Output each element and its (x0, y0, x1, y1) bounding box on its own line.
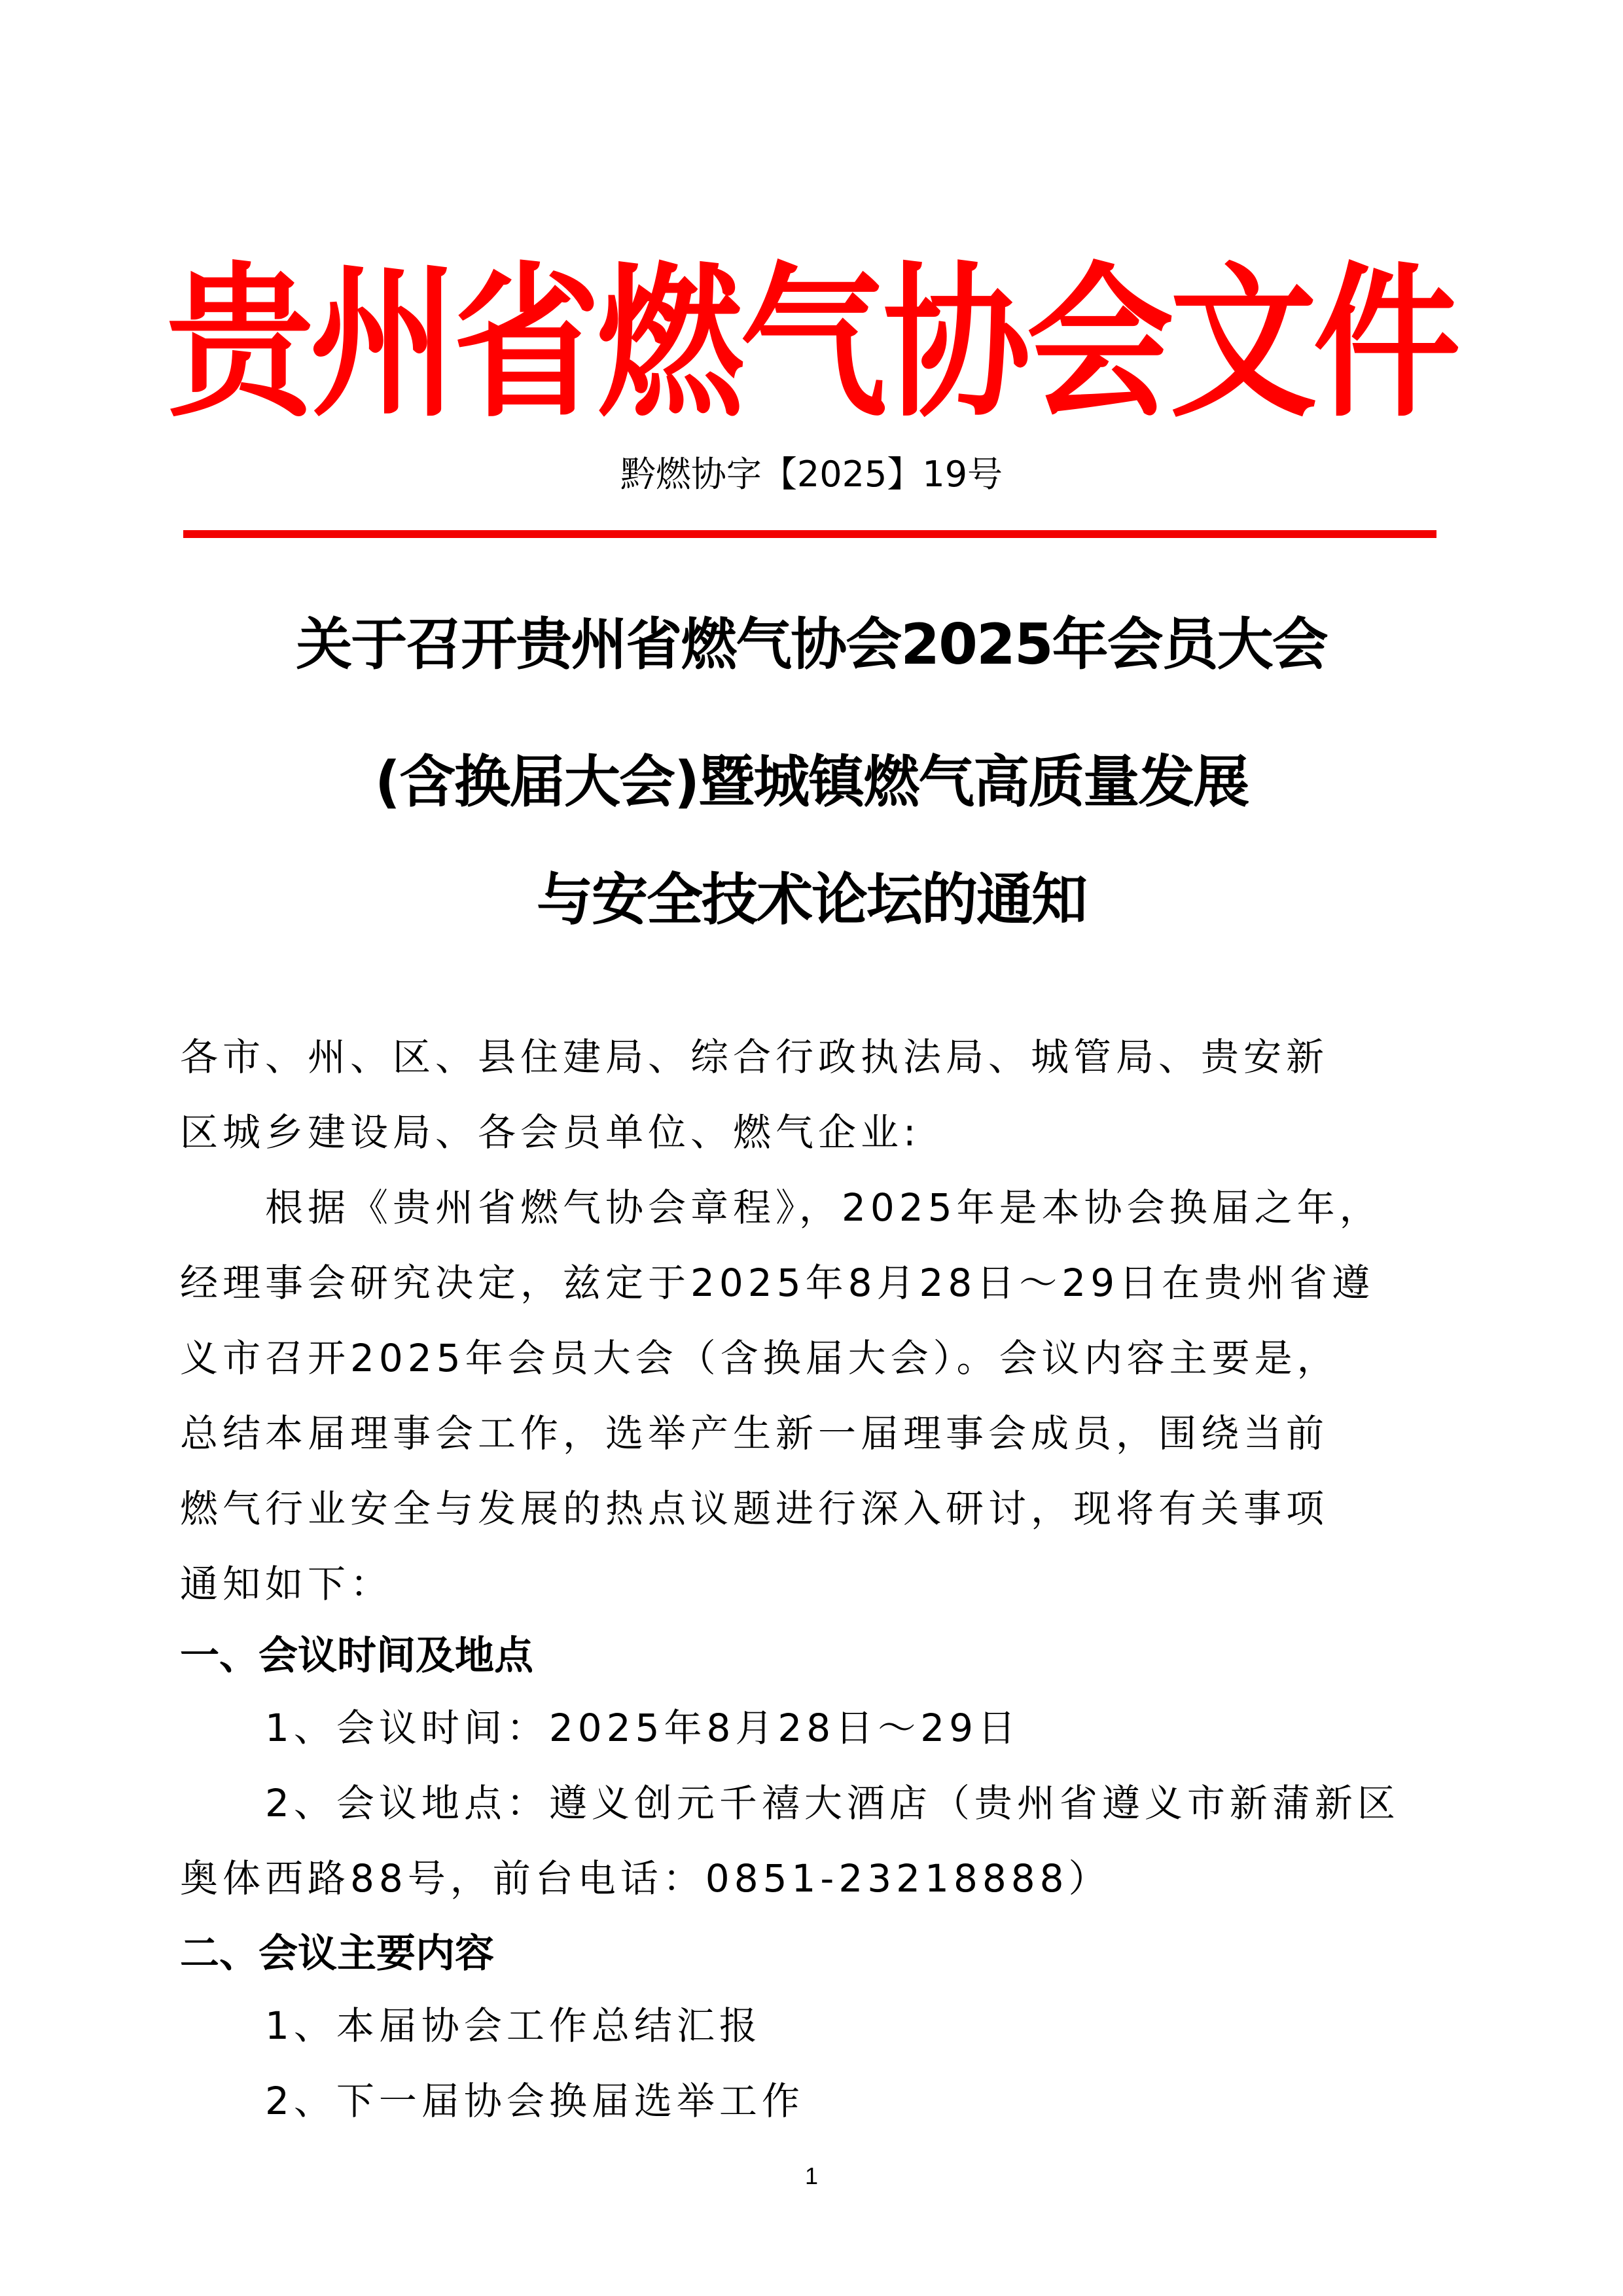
section-1-item-1: 1、会议时间：2025年8月28日～29日 (265, 1702, 1020, 1754)
addressee-line-1: 各市、州、区、县住建局、综合行政执法局、城管局、贵安新 (180, 1031, 1329, 1083)
intro-line-6: 通知如下： (180, 1558, 393, 1610)
section-2-item-1: 1、本届协会工作总结汇报 (265, 2000, 762, 2052)
intro-line-2: 经理事会研究决定，兹定于2025年8月28日～29日在贵州省遵 (180, 1257, 1374, 1309)
section-heading-time-location: 一、会议时间及地点 (180, 1630, 533, 1682)
section-2-item-2: 2、下一届协会换届选举工作 (265, 2075, 804, 2127)
intro-line-5: 燃气行业安全与发展的热点议题进行深入研讨，现将有关事项 (180, 1482, 1329, 1535)
section-1-item-2-cont: 奥体西路88号，前台电话：0851-23218888） (180, 1852, 1111, 1905)
notice-title-line-2: (含换届大会)暨城镇燃气高质量发展 (0, 746, 1623, 818)
section-1-item-2: 2、会议地点：遵义创元千禧大酒店（贵州省遵义市新蒲新区 (265, 1777, 1400, 1829)
document-page: 贵州省燃气协会文件 黔燃协字【2025】19号 关于召开贵州省燃气协会2025年… (0, 0, 1623, 2296)
intro-line-1: 根据《贵州省燃气协会章程》，2025年是本协会换届之年， (265, 1181, 1382, 1234)
addressee-line-2: 区城乡建设局、各会员单位、燃气企业: (180, 1106, 921, 1158)
intro-line-4: 总结本届理事会工作，选举产生新一届理事会成员，围绕当前 (180, 1407, 1329, 1460)
red-divider-rule (183, 530, 1436, 538)
masthead-title: 贵州省燃气协会文件 (0, 249, 1623, 439)
section-heading-main-content: 二、会议主要内容 (180, 1928, 494, 1980)
intro-line-3: 义市召开2025年会员大会（含换届大会）。会议内容主要是， (180, 1332, 1340, 1384)
notice-title-line-1: 关于召开贵州省燃气协会2025年会员大会 (0, 609, 1623, 681)
document-number: 黔燃协字【2025】19号 (0, 452, 1623, 497)
page-number: 1 (0, 2160, 1623, 2193)
notice-title-line-3: 与安全技术论坛的通知 (0, 864, 1623, 936)
